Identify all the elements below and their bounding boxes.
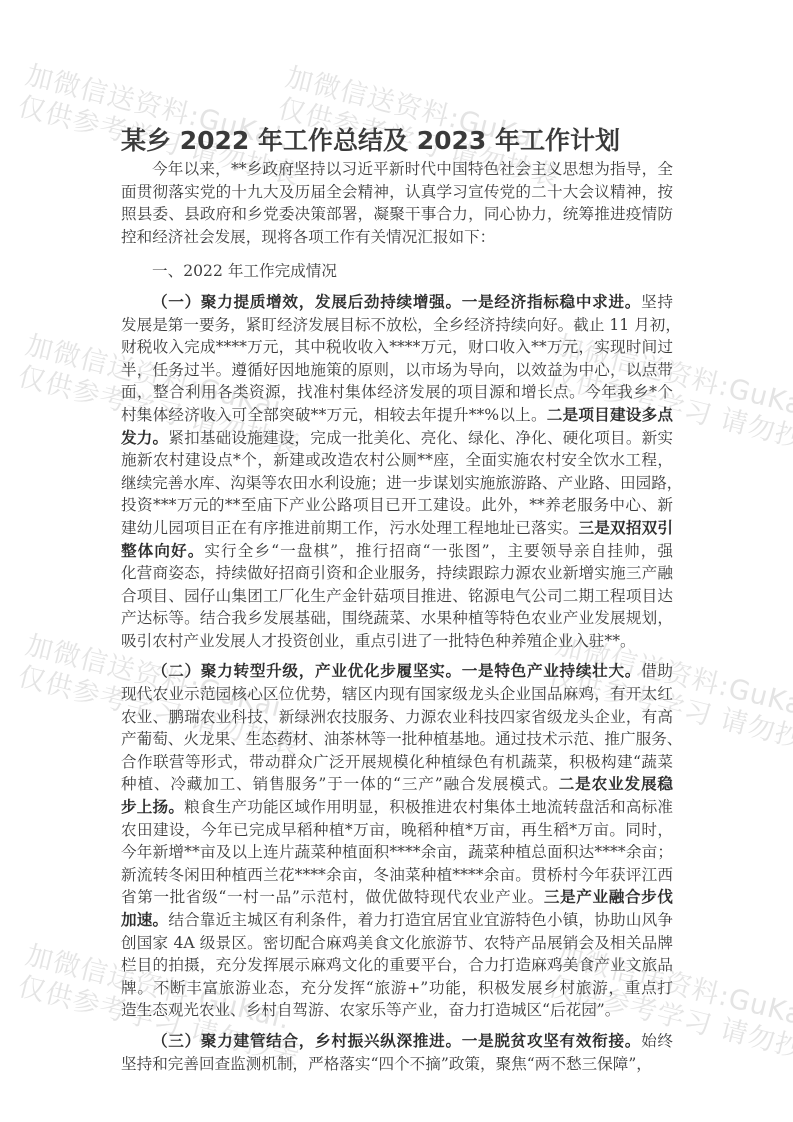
text-span: 始终 bbox=[641, 1032, 673, 1050]
text-line: （三）聚力建管结合，乡村振兴纵深推进。一是脱贫攻坚有效衔接。始终 bbox=[121, 1030, 673, 1053]
text-span: 实行全乡“一盘棋”，推行招商“一张图”，主要领导亲自挂帅，强 bbox=[204, 542, 673, 560]
bold-text: 整体向好。 bbox=[121, 542, 204, 560]
text-line: 吸引农村产业发展人才投资创业，重点引进了一批特色种养殖企业入驻**。 bbox=[121, 630, 673, 653]
text-span: 借助 bbox=[641, 662, 673, 680]
bold-text: （三）聚力建管结合，乡村振兴纵深推进。一是脱贫攻坚有效衔接。 bbox=[152, 1032, 641, 1050]
text-line: 合项目、园仔山集团工厂化生产金针菇项目推进、铭源电气公司二期工程项目达 bbox=[121, 585, 673, 608]
text-line: 发展是第一要务，紧盯经济发展目标不放松，全乡经济持续向好。截止 11 月初， bbox=[121, 314, 673, 337]
bold-text: 三是双招双引 bbox=[579, 519, 673, 537]
bold-text: 二是农业发展稳 bbox=[559, 775, 673, 793]
text-line: 现代农业示范园核心区位优势，辖区内现有国家级龙头企业国品麻鸡，有开太红 bbox=[121, 683, 673, 706]
text-line: 坚持和完善回查监测机制，严格落实“四个不摘”政策，聚焦“两不愁三保障”， bbox=[121, 1053, 673, 1076]
text-line: 新流转冬闲田种植西兰花****余亩，冬油菜种植****余亩。贯桥村今年获评江西 bbox=[121, 864, 673, 887]
text-line: 步上扬。粮食生产功能区域作用明显，积极推进农村集体土地流转盘活和高标准 bbox=[121, 796, 673, 819]
text-line: 整体向好。实行全乡“一盘棋”，推行招商“一张图”，主要领导亲自挂帅，强 bbox=[121, 540, 673, 563]
text-line: 农田建设，今年已完成早稻种植*万亩，晚稻种植*万亩，再生稻*万亩。同时， bbox=[121, 819, 673, 842]
text-line: 面贯彻落实党的十九大及历届全会精神，认真学习宣传党的二十大会议精神，按 bbox=[121, 181, 673, 204]
text-line: 合作联营等形式，带动群众广泛开展规模化种植绿色有机蔬菜，积极构建“蔬菜 bbox=[121, 751, 673, 774]
text-line: 施新农村建设点*个，新建或改造农村公厕**座，全面实施农村安全饮水工程， bbox=[121, 449, 673, 472]
text-line: 创国家 4A 级景区。密切配合麻鸡美食文化旅游节、农特产品展销会及相关品牌 bbox=[121, 932, 673, 955]
text-line: 加速。结合靠近主城区有利条件，着力打造宜居宜业宜游特色小镇，协助山风争 bbox=[121, 909, 673, 932]
intro-paragraph: 今年以来，**乡政府坚持以习近平新时代中国特色社会主义思想为指导，全 面贯彻落实… bbox=[121, 158, 673, 248]
text-line: 产葡萄、火龙果、生态药材、油茶林等一批种植基地。通过技术示范、推广服务、 bbox=[121, 728, 673, 751]
bold-text: 发力。 bbox=[121, 429, 168, 447]
text-line: 造生态观光农业、乡村自驾游、农家乐等产业，奋力打造城区“后花园”。 bbox=[121, 999, 673, 1022]
text-span: 省第一批省级“一村一品”示范村，做优做特现代农业产业。 bbox=[121, 888, 544, 906]
text-line: 省第一批省级“一村一品”示范村，做优做特现代农业产业。三是产业融合步伐 bbox=[121, 886, 673, 909]
text-line: （一）聚力提质增效，发展后劲持续增强。一是经济指标稳中求进。坚持 bbox=[121, 291, 673, 314]
paragraph-3: （三）聚力建管结合，乡村振兴纵深推进。一是脱贫攻坚有效衔接。始终 坚持和完善回查… bbox=[121, 1030, 673, 1075]
text-span: 坚持 bbox=[641, 293, 673, 311]
text-span: 紧扣基础设施建设，完成一批美化、亮化、绿化、净化、硬化项目。新实 bbox=[168, 429, 673, 447]
text-span: 村集体经济收入可全部突破**万元，相较去年提升**%以上。 bbox=[121, 406, 547, 424]
paragraph-1: （一）聚力提质增效，发展后劲持续增强。一是经济指标稳中求进。坚持 发展是第一要务… bbox=[121, 291, 673, 653]
text-line: 财税收入完成****万元，其中税收收入****万元，财口收入**万元，实现时间过 bbox=[121, 336, 673, 359]
bold-text: （二）聚力转型升级，产业优化步履坚实。一是特色产业持续壮大。 bbox=[152, 662, 641, 680]
text-line: 面，整合利用各类资源，找准村集体经济发展的项目源和增长点。今年我乡*个 bbox=[121, 381, 673, 404]
text-line: 投资***万元的**至庙下产业公路项目已开工建设。此外，**养老服务中心、新 bbox=[121, 494, 673, 517]
text-line: 今年以来，**乡政府坚持以习近平新时代中国特色社会主义思想为指导，全 bbox=[121, 158, 673, 181]
bold-text: （一）聚力提质增效，发展后劲持续增强。一是经济指标稳中求进。 bbox=[152, 293, 641, 311]
text-line: 农业、鹏瑞农业科技、新绿洲农技服务、力源农业科技四家省级龙头企业，有高 bbox=[121, 706, 673, 729]
text-span: 结合靠近主城区有利条件，着力打造宜居宜业宜游特色小镇，协助山风争 bbox=[168, 911, 673, 929]
document-body: 今年以来，**乡政府坚持以习近平新时代中国特色社会主义思想为指导，全 面贯彻落实… bbox=[121, 158, 673, 1075]
text-line: 牌。不断丰富旅游业态，充分发挥“旅游+”功能，积极发展乡村旅游，重点打 bbox=[121, 977, 673, 1000]
bold-text: 二是项目建设多点 bbox=[547, 406, 673, 424]
text-line: 村集体经济收入可全部突破**万元，相较去年提升**%以上。二是项目建设多点 bbox=[121, 404, 673, 427]
text-line: 产达标等。结合我乡发展基础，围绕蔬菜、水果种植等特色农业产业发展规划， bbox=[121, 607, 673, 630]
text-line: 建幼儿园项目正在有序推进前期工作，污水处理工程地址已落实。三是双招双引 bbox=[121, 517, 673, 540]
text-line: 发力。紧扣基础设施建设，完成一批美化、亮化、绿化、净化、硬化项目。新实 bbox=[121, 427, 673, 450]
document-page: 加微信送资料:GuKai. 仅供参考学习 请勿抄袭 加微信送资料:GuKai. … bbox=[0, 0, 793, 1122]
text-span: 粮食生产功能区域作用明显，积极推进农村集体土地流转盘活和高标准 bbox=[184, 798, 673, 816]
text-line: 种植、冷藏加工、销售服务”于一体的“三产”融合发展模式。二是农业发展稳 bbox=[121, 773, 673, 796]
text-line: （二）聚力转型升级，产业优化步履坚实。一是特色产业持续壮大。借助 bbox=[121, 660, 673, 683]
text-line: 控和经济社会发展，现将各项工作有关情况汇报如下： bbox=[121, 226, 673, 249]
text-line: 继续完善水库、沟渠等农田水利设施；进一步谋划实施旅游路、产业路、田园路， bbox=[121, 472, 673, 495]
text-line: 照县委、县政府和乡党委决策部署，凝聚干事合力，同心协力，统筹推进疫情防 bbox=[121, 203, 673, 226]
bold-text: 三是产业融合步伐 bbox=[544, 888, 673, 906]
text-line: 半，任务过半。遵循好因地施策的原则，以市场为导向，以效益为中心，以点带 bbox=[121, 359, 673, 382]
text-line: 化营商姿态，持续做好招商引资和企业服务，持续跟踪力源农业新增实施三产融 bbox=[121, 562, 673, 585]
text-span: 建幼儿园项目正在有序推进前期工作，污水处理工程地址已落实。 bbox=[121, 519, 579, 537]
text-line: 今年新增**亩及以上连片蔬菜种植面积****余亩，蔬菜种植总面积达****余亩； bbox=[121, 841, 673, 864]
section-heading: 一、2022 年工作完成情况 bbox=[121, 260, 673, 283]
document-title: 某乡 2022 年工作总结及 2023 年工作计划 bbox=[121, 124, 681, 158]
bold-text: 步上扬。 bbox=[121, 798, 184, 816]
text-span: 种植、冷藏加工、销售服务”于一体的“三产”融合发展模式。 bbox=[121, 775, 559, 793]
bold-text: 加速。 bbox=[121, 911, 168, 929]
paragraph-2: （二）聚力转型升级，产业优化步履坚实。一是特色产业持续壮大。借助 现代农业示范园… bbox=[121, 660, 673, 1022]
text-line: 栏目的拍摄，充分发挥展示麻鸡文化的重要平台，合力打造麻鸡美食产业文旅品 bbox=[121, 954, 673, 977]
